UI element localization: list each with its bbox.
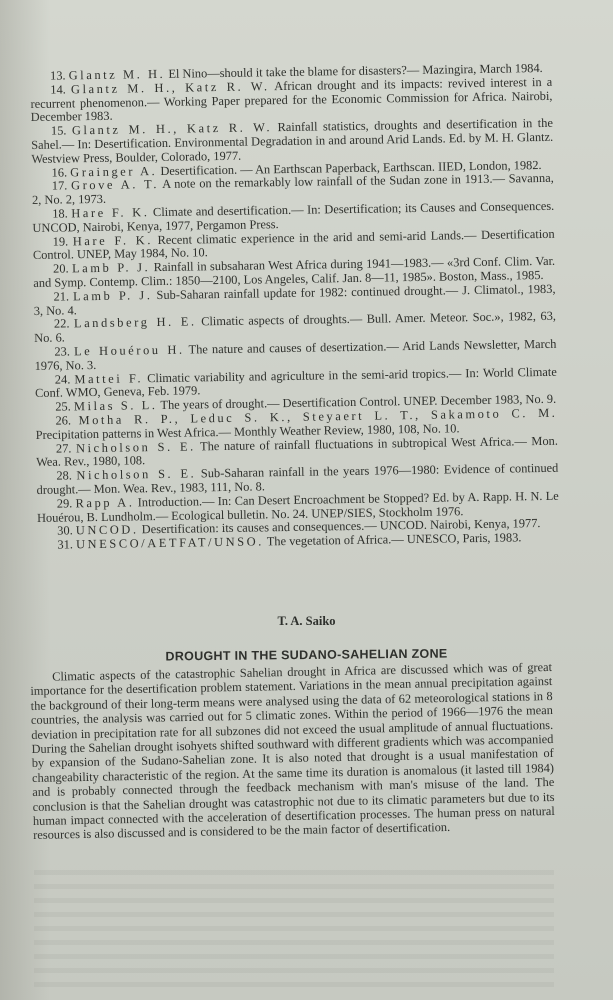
reference-author: Nicholson S. E. [76,439,196,455]
article-author: T. A. Saiko [0,614,613,629]
reference-author: UNCOD. [76,523,139,538]
reference-author: UNESCO/AETFAT/UNSO. [76,534,264,551]
reference-author: Rapp A. [75,495,134,510]
reference-text: The vegetation of Africa.— UNESCO, Paris… [264,530,522,548]
reference-author: Hare F. K. [73,233,153,248]
scanned-page: 13. Glantz M. H. El Nino—should it take … [0,0,613,1000]
reference-author: Lamb P. J. [73,288,153,303]
reference-author: Mattei F. [74,371,143,386]
article-abstract: Climatic aspects of the catastrophic Sah… [30,660,555,843]
reference-author: Hare F. K. [71,205,149,220]
reference-list: 13. Glantz M. H. El Nino—should it take … [30,62,560,553]
reference-author: Lamb P. J. [72,260,150,275]
reference-author: Le Houérou H. [74,343,185,359]
reference-author: Grove A. T. [71,177,159,192]
show-through-text [34,870,554,995]
reference-author: Landsberg H. E. [74,315,197,331]
